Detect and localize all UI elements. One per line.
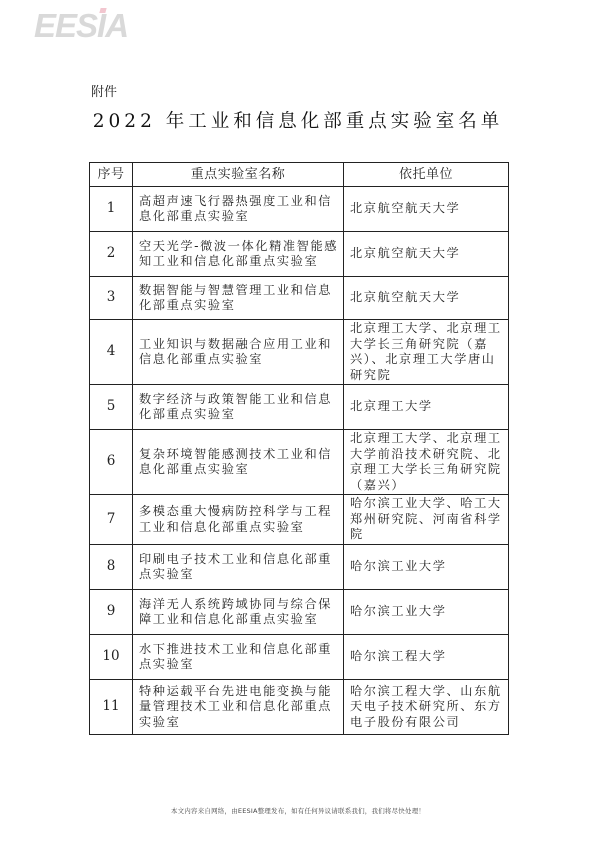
table-row: 11 特种运载平台先进电能变换与能量管理技术工业和信息化部重点实验室 哈尔滨工程… — [90, 680, 509, 735]
table-row: 3 数据智能与智慧管理工业和信息化部重点实验室 北京航空航天大学 — [90, 277, 509, 320]
row-lab-name: 高超声速飞行器热强度工业和信息化部重点实验室 — [133, 187, 344, 232]
table-header-row: 序号 重点实验室名称 依托单位 — [90, 163, 509, 187]
row-lab-name: 水下推进技术工业和信息化部重点实验室 — [133, 635, 344, 680]
row-serial: 7 — [90, 495, 133, 545]
table-row: 2 空天光学-微波一体化精准智能感知工业和信息化部重点实验室 北京航空航天大学 — [90, 232, 509, 277]
row-host-unit: 北京航空航天大学 — [344, 187, 509, 232]
row-host-unit: 北京理工大学、北京理工大学长三角研究院（嘉兴）、北京理工大学唐山研究院 — [344, 320, 509, 385]
row-lab-name: 复杂环境智能感测技术工业和信息化部重点实验室 — [133, 430, 344, 495]
row-serial: 11 — [90, 680, 133, 735]
row-serial: 8 — [90, 545, 133, 590]
row-lab-name: 空天光学-微波一体化精准智能感知工业和信息化部重点实验室 — [133, 232, 344, 277]
row-serial: 10 — [90, 635, 133, 680]
row-lab-name: 工业知识与数据融合应用工业和信息化部重点实验室 — [133, 320, 344, 385]
table-row: 1 高超声速飞行器热强度工业和信息化部重点实验室 北京航空航天大学 — [90, 187, 509, 232]
row-serial: 5 — [90, 385, 133, 430]
row-serial: 6 — [90, 430, 133, 495]
row-lab-name: 数据智能与智慧管理工业和信息化部重点实验室 — [133, 277, 344, 320]
table-row: 5 数字经济与政策智能工业和信息化部重点实验室 北京理工大学 — [90, 385, 509, 430]
header-host-unit: 依托单位 — [344, 163, 509, 187]
header-lab-name: 重点实验室名称 — [133, 163, 344, 187]
row-serial: 2 — [90, 232, 133, 277]
row-serial: 1 — [90, 187, 133, 232]
row-lab-name: 特种运载平台先进电能变换与能量管理技术工业和信息化部重点实验室 — [133, 680, 344, 735]
table-row: 8 印刷电子技术工业和信息化部重点实验室 哈尔滨工业大学 — [90, 545, 509, 590]
row-host-unit: 哈尔滨工业大学 — [344, 545, 509, 590]
table-row: 6 复杂环境智能感测技术工业和信息化部重点实验室 北京理工大学、北京理工大学前沿… — [90, 430, 509, 495]
row-host-unit: 哈尔滨工程大学、山东航天电子技术研究所、东方电子股份有限公司 — [344, 680, 509, 735]
eesia-logo: EESIA — [34, 9, 128, 42]
table-row: 9 海洋无人系统跨域协同与综合保障工业和信息化部重点实验室 哈尔滨工业大学 — [90, 590, 509, 635]
table-row: 7 多模态重大慢病防控科学与工程工业和信息化部重点实验室 哈尔滨工业大学、哈工大… — [90, 495, 509, 545]
attachment-label: 附件 — [91, 81, 117, 100]
row-host-unit: 北京航空航天大学 — [344, 277, 509, 320]
row-serial: 4 — [90, 320, 133, 385]
row-lab-name: 多模态重大慢病防控科学与工程工业和信息化部重点实验室 — [133, 495, 344, 545]
lab-list-table: 序号 重点实验室名称 依托单位 1 高超声速飞行器热强度工业和信息化部重点实验室… — [89, 162, 509, 735]
row-serial: 3 — [90, 277, 133, 320]
row-host-unit: 哈尔滨工业大学、哈工大郑州研究院、河南省科学院 — [344, 495, 509, 545]
document-title: 2022 年工业和信息化部重点实验室名单 — [0, 107, 596, 133]
table-row: 4 工业知识与数据融合应用工业和信息化部重点实验室 北京理工大学、北京理工大学长… — [90, 320, 509, 385]
row-lab-name: 印刷电子技术工业和信息化部重点实验室 — [133, 545, 344, 590]
footer-disclaimer: 本文内容来自网络，由EESIA整理发布，如有任何异议请联系我们，我们将尽快处理！ — [0, 806, 596, 815]
row-host-unit: 北京航空航天大学 — [344, 232, 509, 277]
header-serial: 序号 — [90, 163, 133, 187]
table-row: 10 水下推进技术工业和信息化部重点实验室 哈尔滨工程大学 — [90, 635, 509, 680]
row-lab-name: 数字经济与政策智能工业和信息化部重点实验室 — [133, 385, 344, 430]
row-serial: 9 — [90, 590, 133, 635]
row-lab-name: 海洋无人系统跨域协同与综合保障工业和信息化部重点实验室 — [133, 590, 344, 635]
row-host-unit: 哈尔滨工程大学 — [344, 635, 509, 680]
row-host-unit: 北京理工大学、北京理工大学前沿技术研究院、北京理工大学长三角研究院（嘉兴） — [344, 430, 509, 495]
row-host-unit: 哈尔滨工业大学 — [344, 590, 509, 635]
row-host-unit: 北京理工大学 — [344, 385, 509, 430]
